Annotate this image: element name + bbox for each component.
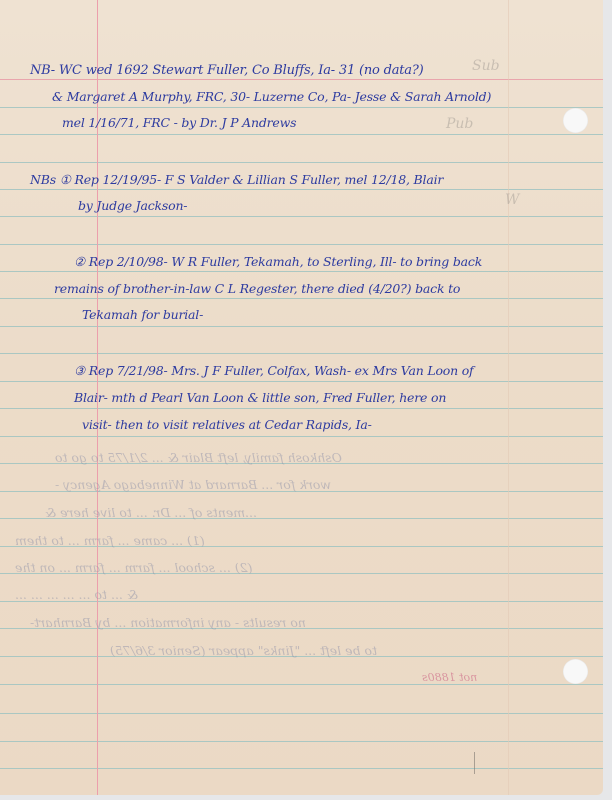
bleed-through-line: no results - any information ... by Barn… [30, 617, 306, 630]
pencil-tick [474, 752, 475, 774]
ghost-mark: Pub [446, 116, 473, 132]
rule-line [0, 107, 603, 108]
hole-punch-top [563, 108, 588, 133]
rule-line [0, 326, 603, 327]
rule-line [0, 353, 603, 354]
entry-4-line-3: visit- then to visit relatives at Cedar … [82, 419, 372, 432]
rule-line [0, 134, 603, 135]
entry-1-line-2: & Margaret A Murphy, FRC, 30- Luzerne Co… [52, 91, 491, 104]
entry-3-line-1: ② Rep 2/10/98- W R Fuller, Tekamah, to S… [74, 256, 482, 269]
notebook-page: Sub Pub W NB- WC wed 1692 Stewart Fuller… [0, 0, 603, 795]
rule-line [0, 162, 603, 163]
rule-line [0, 271, 603, 272]
rule-line [0, 381, 603, 382]
entry-1-line-1: NB- WC wed 1692 Stewart Fuller, Co Bluff… [30, 64, 423, 77]
bleed-through-red-mark: not 1880s [422, 672, 477, 683]
rule-line [0, 408, 603, 409]
bleed-through-line: ...ments of ... Dr. ... to live here & [45, 507, 257, 520]
rule-line [0, 768, 603, 769]
bleed-through-line: to be left ... "Jinks" appear (Senior 3/… [110, 645, 377, 658]
bleed-through-line: (2) ... school ... farm ... farm ... on … [15, 562, 253, 575]
entry-4-line-1: ③ Rep 7/21/98- Mrs. J F Fuller, Colfax, … [74, 365, 474, 378]
bleed-through-line: Oshkosh family, left Blair & ... 2/1/75 … [55, 452, 342, 465]
ghost-mark: W [505, 192, 519, 208]
entry-2-line-1: NBs ① Rep 12/19/95- F S Valder & Lillian… [30, 174, 443, 187]
rule-line [0, 684, 603, 685]
faint-vertical-line [508, 0, 509, 795]
rule-line [0, 189, 603, 190]
header-rule [0, 79, 603, 80]
rule-line [0, 741, 603, 742]
bleed-through-line: (1) ... came ... farm ... to them [15, 535, 205, 548]
rule-line [0, 436, 603, 437]
entry-4-line-2: Blair- mth d Pearl Van Loon & little son… [74, 392, 446, 405]
bleed-through-line: work for ... Barnard at Winnebago Agency… [55, 479, 331, 492]
entry-2-line-2: by Judge Jackson- [78, 200, 187, 213]
rule-line [0, 298, 603, 299]
entry-1-line-3: mel 1/16/71, FRC - by Dr. J P Andrews [62, 117, 296, 130]
hole-punch-bottom [563, 659, 588, 684]
ghost-mark: Sub [472, 58, 500, 74]
rule-line [0, 713, 603, 714]
rule-line [0, 216, 603, 217]
bleed-through-line: & ... to ... ... ... ... ... [15, 589, 138, 602]
entry-3-line-2: remains of brother-in-law C L Regester, … [54, 283, 460, 296]
rule-line [0, 244, 603, 245]
entry-3-line-3: Tekamah for burial- [82, 309, 203, 322]
